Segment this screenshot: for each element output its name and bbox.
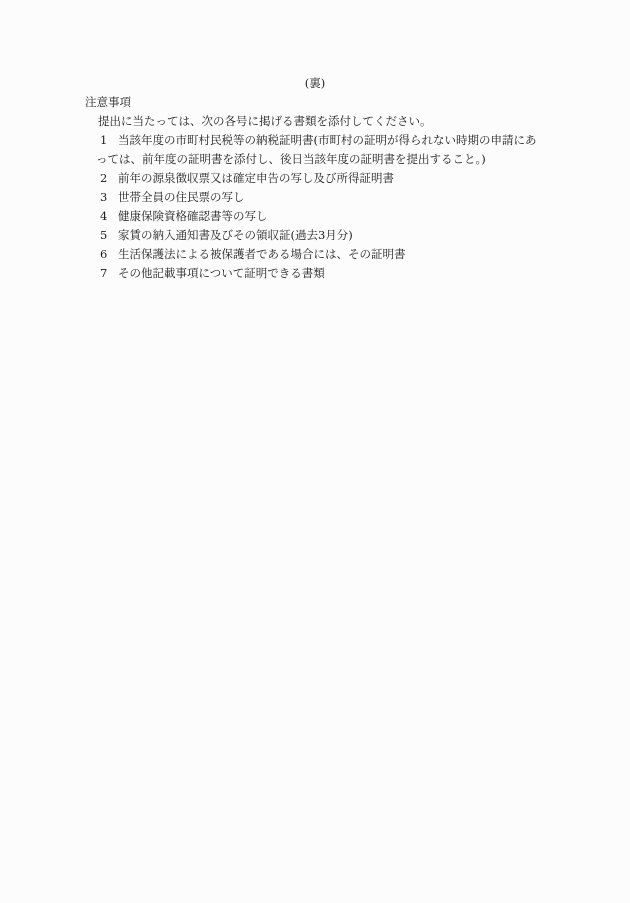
item-5-text: 家賃の納入通知書及びその領収証(過去3月分) (118, 228, 353, 242)
page-side-label: (裏) (0, 74, 630, 93)
intro-text: 提出に当たっては、次の各号に掲げる書類を添付してください。 (0, 112, 630, 131)
item-2-number: 2 (100, 169, 118, 188)
notes-heading: 注意事項 (0, 93, 630, 112)
list-item-5: 5家賃の納入通知書及びその領収証(過去3月分) (0, 226, 630, 245)
item-7-number: 7 (100, 264, 118, 283)
item-5-number: 5 (100, 226, 118, 245)
document-page: (裏) 注意事項 提出に当たっては、次の各号に掲げる書類を添付してください。 1… (0, 0, 630, 903)
item-3-text: 世帯全員の住民票の写し (118, 190, 245, 204)
item-7-text: その他記載事項について証明できる書類 (118, 266, 325, 280)
list-item-1: 1当該年度の市町村民税等の納税証明書(市町村の証明が得られない時期の申請にあ (0, 131, 630, 150)
item-2-text: 前年の源泉徴収票又は確定申告の写し及び所得証明書 (118, 171, 394, 185)
list-item-3: 3世帯全員の住民票の写し (0, 188, 630, 207)
list-item-6: 6生活保護法による被保護者である場合には、その証明書 (0, 245, 630, 264)
item-6-number: 6 (100, 245, 118, 264)
list-item-2: 2前年の源泉徴収票又は確定申告の写し及び所得証明書 (0, 169, 630, 188)
attachment-list: 1当該年度の市町村民税等の納税証明書(市町村の証明が得られない時期の申請にあ っ… (0, 131, 630, 283)
list-item-7: 7その他記載事項について証明できる書類 (0, 264, 630, 283)
list-item-1-continuation: っては、前年度の証明書を添付し、後日当該年度の証明書を提出すること。) (0, 150, 630, 169)
list-item-4: 4健康保険資格確認書等の写し (0, 207, 630, 226)
item-1-text: 当該年度の市町村民税等の納税証明書(市町村の証明が得られない時期の申請にあ (118, 133, 536, 147)
item-3-number: 3 (100, 188, 118, 207)
item-6-text: 生活保護法による被保護者である場合には、その証明書 (118, 247, 406, 261)
item-4-number: 4 (100, 207, 118, 226)
item-4-text: 健康保険資格確認書等の写し (118, 209, 268, 223)
item-1-number: 1 (100, 131, 118, 150)
